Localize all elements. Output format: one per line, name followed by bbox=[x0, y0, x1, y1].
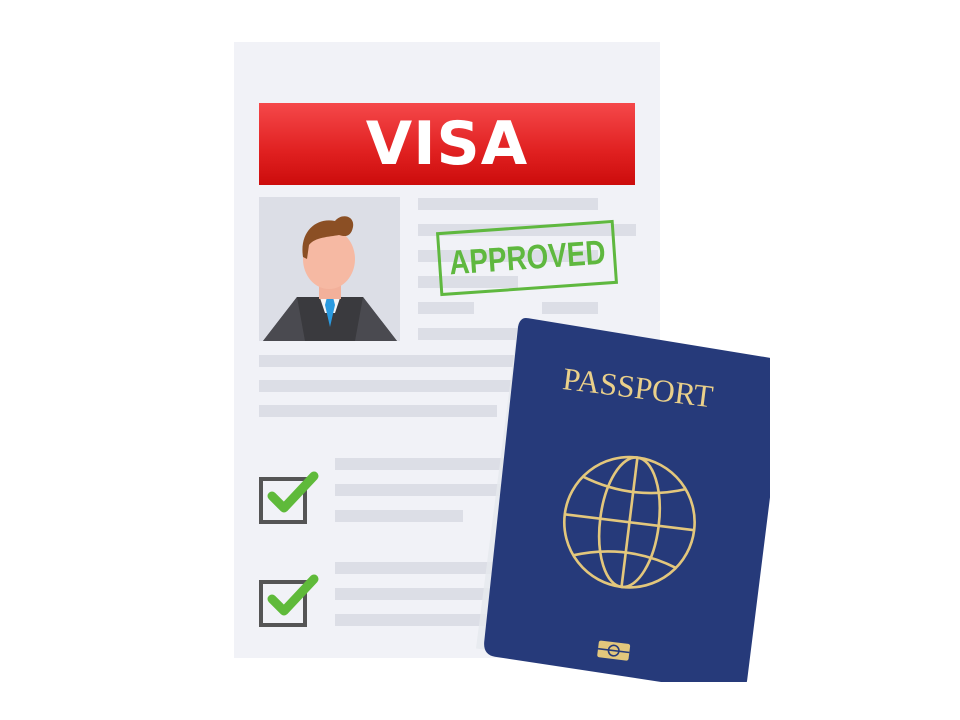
checkmark-icon bbox=[266, 571, 322, 621]
person-avatar-icon bbox=[259, 197, 400, 341]
passport: PASSPORT bbox=[470, 312, 770, 682]
text-line bbox=[335, 510, 463, 522]
approved-stamp-label: APPROVED bbox=[448, 233, 607, 283]
checkmark-icon bbox=[266, 468, 322, 518]
applicant-photo bbox=[259, 197, 400, 341]
text-line bbox=[259, 405, 497, 417]
visa-banner: VISA bbox=[259, 103, 635, 185]
visa-banner-title: VISA bbox=[259, 103, 635, 185]
text-line bbox=[418, 198, 598, 210]
approved-stamp: APPROVED bbox=[436, 220, 618, 296]
text-line bbox=[418, 302, 474, 314]
